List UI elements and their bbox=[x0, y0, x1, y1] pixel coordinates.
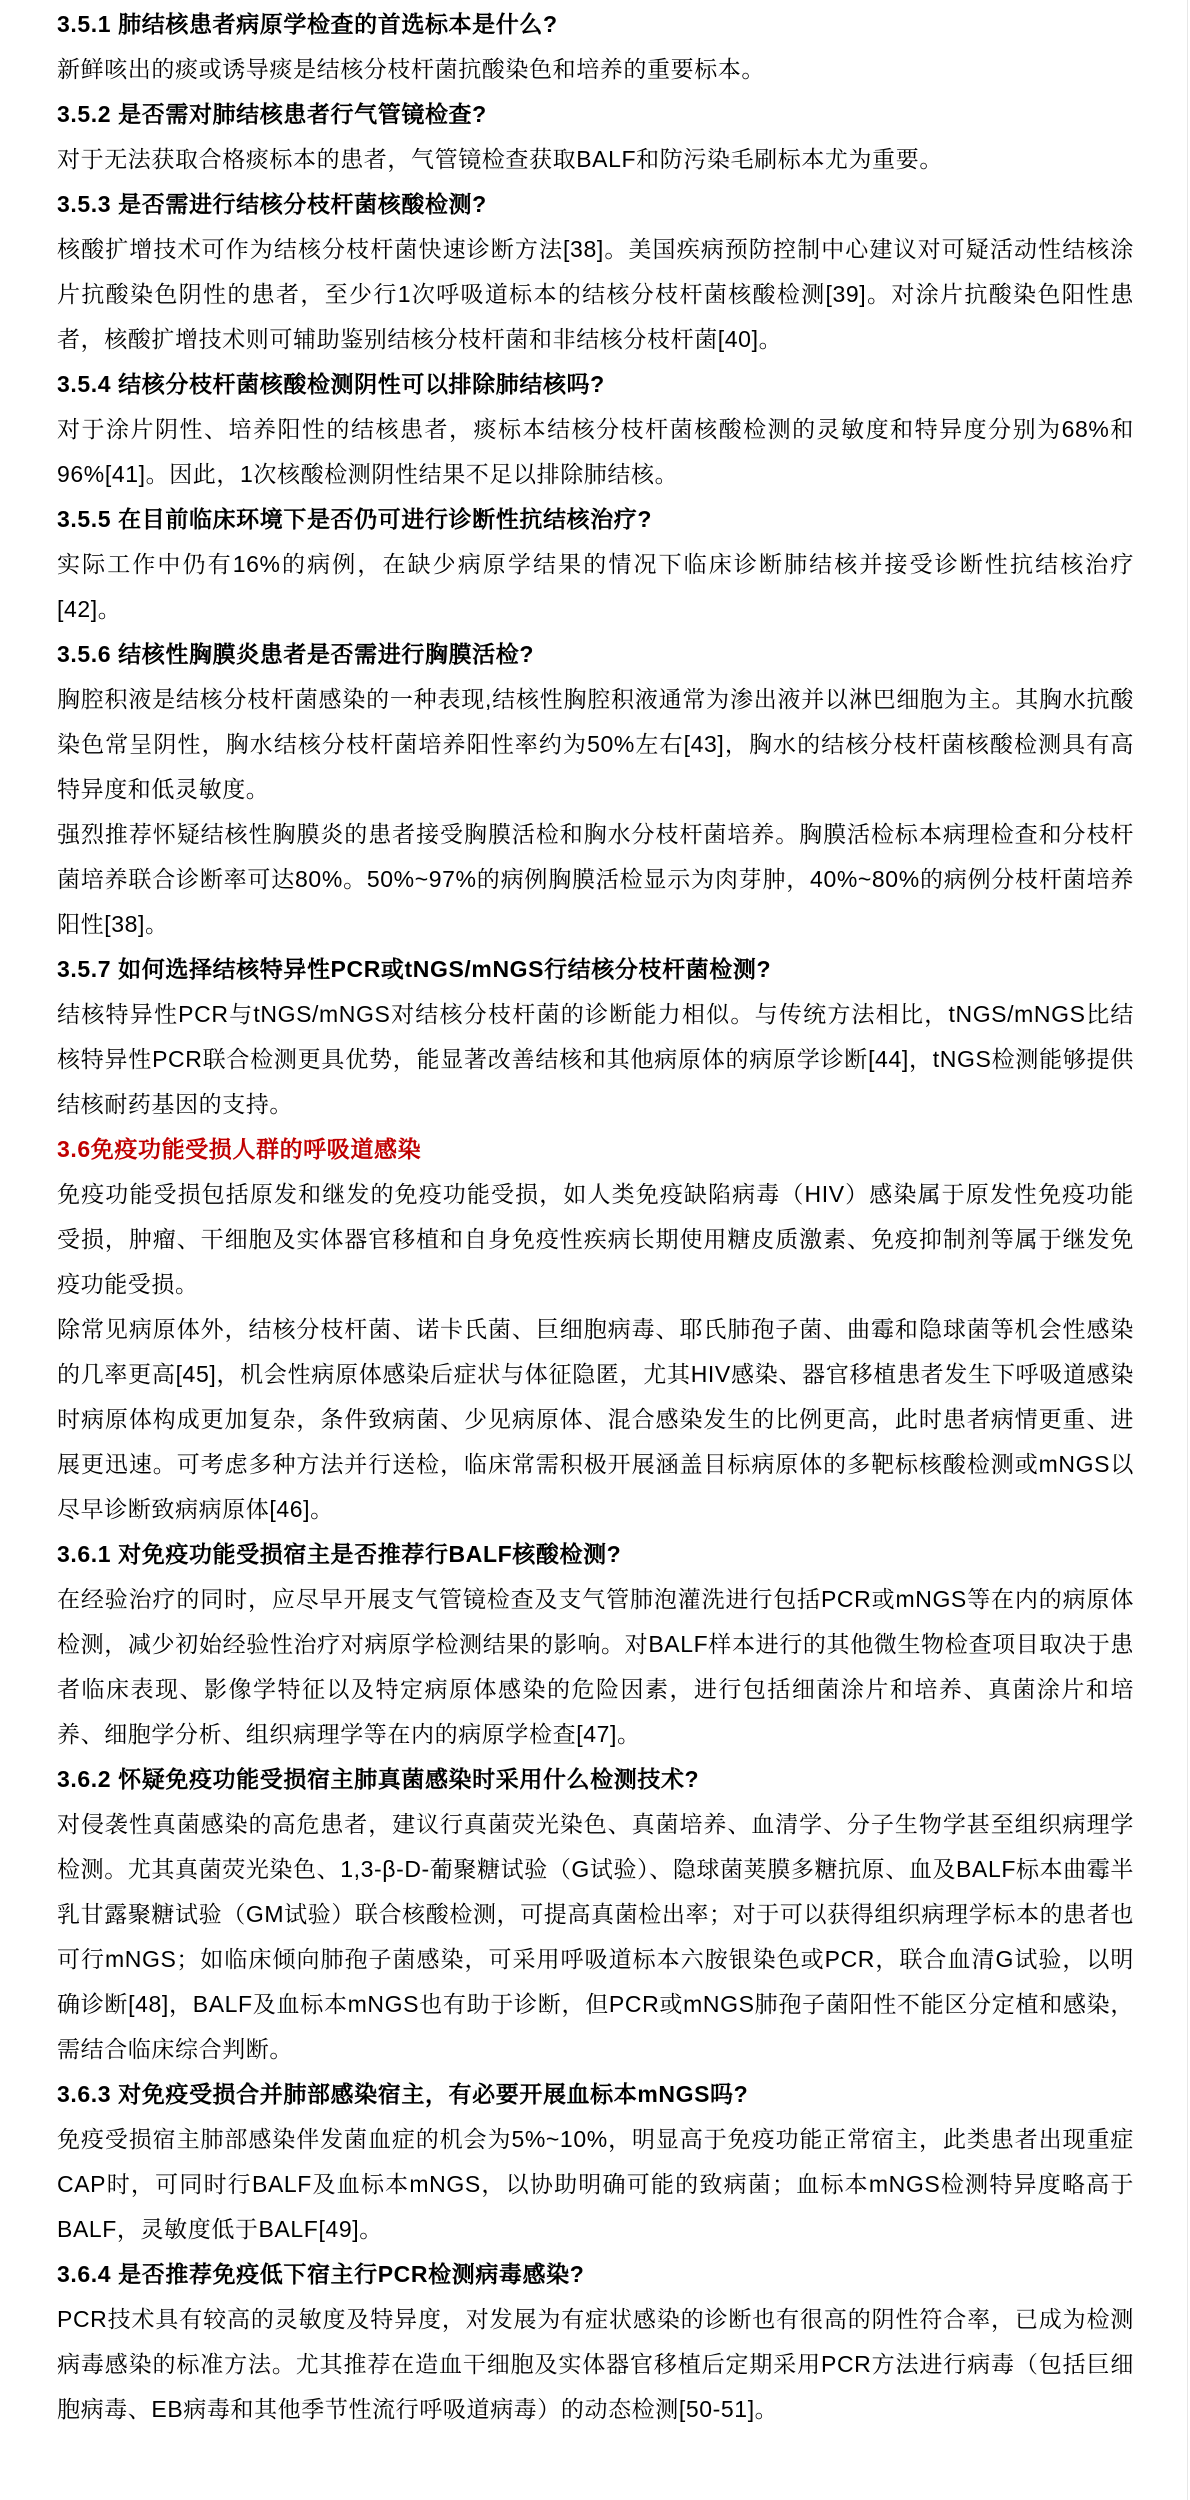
paragraph: 对侵袭性真菌感染的高危患者，建议行真菌荧光染色、真菌培养、血清学、分子生物学甚至… bbox=[57, 1802, 1134, 2072]
section-heading: 3.5.1 肺结核患者病原学检查的首选标本是什么? bbox=[57, 2, 1134, 47]
section-heading: 3.5.4 结核分枝杆菌核酸检测阴性可以排除肺结核吗? bbox=[57, 362, 1134, 407]
section-heading: 3.6.2 怀疑免疫功能受损宿主肺真菌感染时采用什么检测技术? bbox=[57, 1757, 1134, 1802]
paragraph: 在经验治疗的同时，应尽早开展支气管镜检查及支气管肺泡灌洗进行包括PCR或mNGS… bbox=[57, 1577, 1134, 1757]
section-heading: 3.5.7 如何选择结核特异性PCR或tNGS/mNGS行结核分枝杆菌检测? bbox=[57, 947, 1134, 992]
paragraph: 除常见病原体外，结核分枝杆菌、诺卡氏菌、巨细胞病毒、耶氏肺孢子菌、曲霉和隐球菌等… bbox=[57, 1307, 1134, 1532]
paragraph: 新鲜咳出的痰或诱导痰是结核分枝杆菌抗酸染色和培养的重要标本。 bbox=[57, 47, 1134, 92]
paragraph: 对于无法获取合格痰标本的患者，气管镜检查获取BALF和防污染毛刷标本尤为重要。 bbox=[57, 137, 1134, 182]
document-content: 3.5.1 肺结核患者病原学检查的首选标本是什么?新鲜咳出的痰或诱导痰是结核分枝… bbox=[57, 2, 1134, 2432]
section-heading: 3.6.3 对免疫受损合并肺部感染宿主，有必要开展血标本mNGS吗? bbox=[57, 2072, 1134, 2117]
section-heading: 3.5.2 是否需对肺结核患者行气管镜检查? bbox=[57, 92, 1134, 137]
paragraph: 免疫受损宿主肺部感染伴发菌血症的机会为5%~10%，明显高于免疫功能正常宿主，此… bbox=[57, 2117, 1134, 2252]
section-heading: 3.5.5 在目前临床环境下是否仍可进行诊断性抗结核治疗? bbox=[57, 497, 1134, 542]
paragraph: 免疫功能受损包括原发和继发的免疫功能受损，如人类免疫缺陷病毒（HIV）感染属于原… bbox=[57, 1172, 1134, 1307]
page-edge-line bbox=[1187, 0, 1188, 2500]
section-heading: 3.6.1 对免疫功能受损宿主是否推荐行BALF核酸检测? bbox=[57, 1532, 1134, 1577]
paragraph: 核酸扩增技术可作为结核分枝杆菌快速诊断方法[38]。美国疾病预防控制中心建议对可… bbox=[57, 227, 1134, 362]
section-heading-red: 3.6免疫功能受损人群的呼吸道感染 bbox=[57, 1127, 1134, 1172]
section-heading: 3.5.6 结核性胸膜炎患者是否需进行胸膜活检? bbox=[57, 632, 1134, 677]
section-heading: 3.6.4 是否推荐免疫低下宿主行PCR检测病毒感染? bbox=[57, 2252, 1134, 2297]
paragraph: 胸腔积液是结核分枝杆菌感染的一种表现,结核性胸腔积液通常为渗出液并以淋巴细胞为主… bbox=[57, 677, 1134, 812]
section-heading: 3.5.3 是否需进行结核分枝杆菌核酸检测? bbox=[57, 182, 1134, 227]
paragraph: PCR技术具有较高的灵敏度及特异度，对发展为有症状感染的诊断也有很高的阴性符合率… bbox=[57, 2297, 1134, 2432]
paragraph: 结核特异性PCR与tNGS/mNGS对结核分枝杆菌的诊断能力相似。与传统方法相比… bbox=[57, 992, 1134, 1127]
paragraph: 对于涂片阴性、培养阳性的结核患者，痰标本结核分枝杆菌核酸检测的灵敏度和特异度分别… bbox=[57, 407, 1134, 497]
paragraph: 强烈推荐怀疑结核性胸膜炎的患者接受胸膜活检和胸水分枝杆菌培养。胸膜活检标本病理检… bbox=[57, 812, 1134, 947]
paragraph: 实际工作中仍有16%的病例，在缺少病原学结果的情况下临床诊断肺结核并接受诊断性抗… bbox=[57, 542, 1134, 632]
document-page: 3.5.1 肺结核患者病原学检查的首选标本是什么?新鲜咳出的痰或诱导痰是结核分枝… bbox=[0, 0, 1190, 2500]
